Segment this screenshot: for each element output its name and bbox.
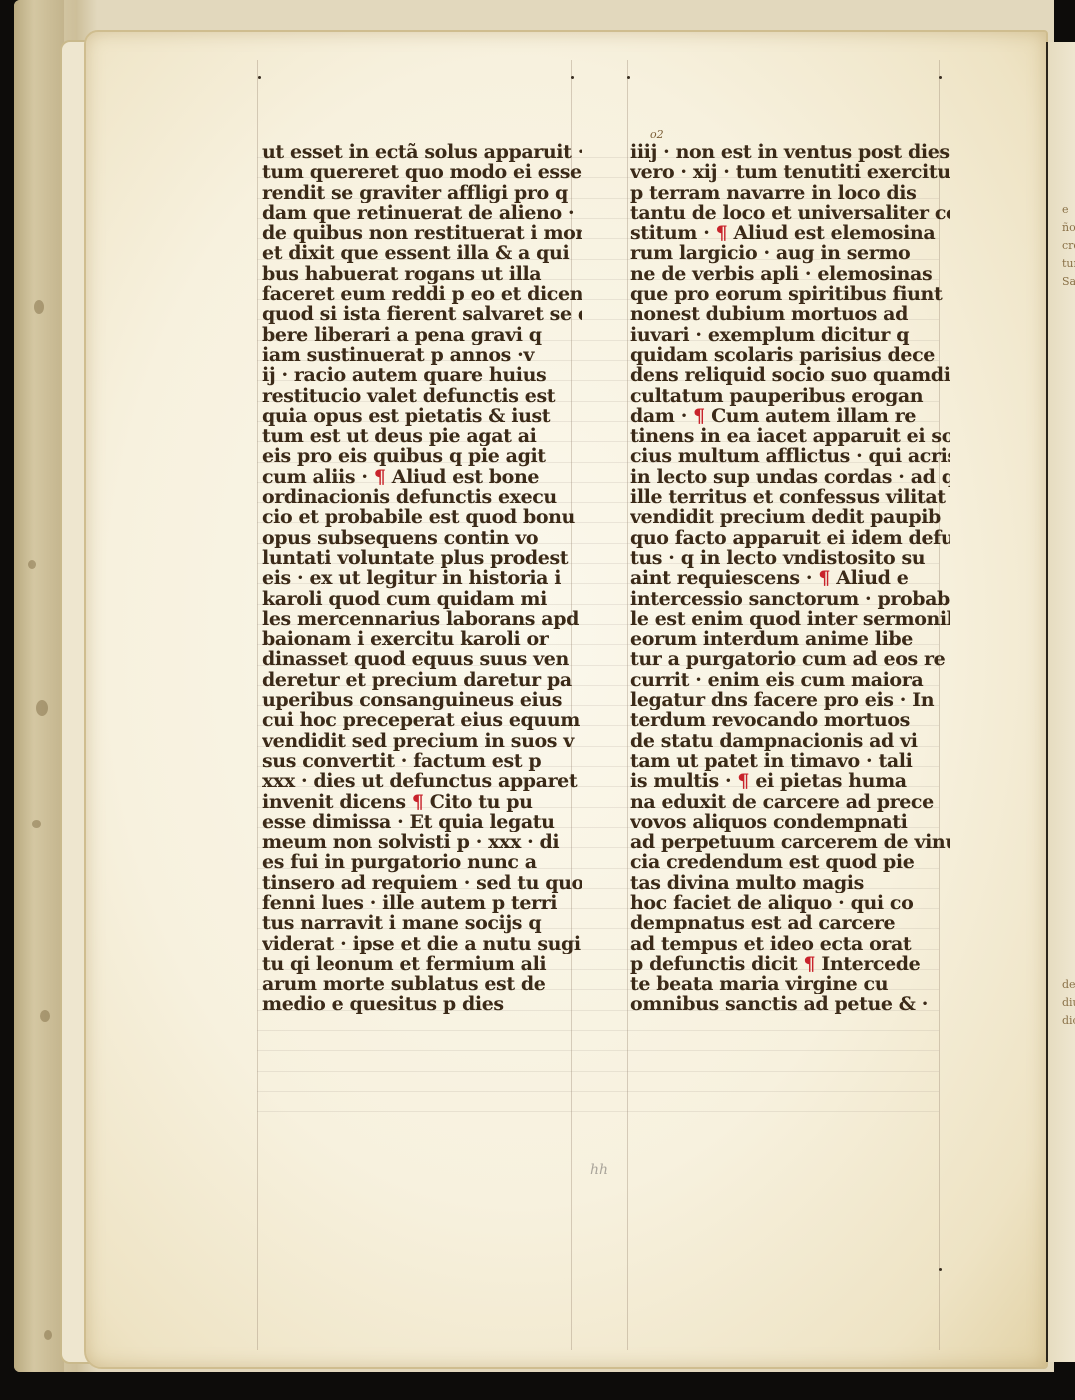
text-line: eis pro eis quibus q pie agit — [262, 446, 582, 466]
facing-page-text-fragment: crq — [1062, 238, 1075, 253]
text-line: ij · racio autem quare huius — [262, 365, 582, 385]
text-line: invenit dicens ¶ Cito tu pu — [262, 792, 582, 812]
text-line: terdum revocando mortuos — [630, 710, 950, 730]
text-line: p terram navarre in loco dis — [630, 183, 950, 203]
text-line: tum est ut deus pie agat ai — [262, 426, 582, 446]
text-line: esse dimissa · Et quia legatu — [262, 812, 582, 832]
text-line: vendidit sed precium in suos v — [262, 731, 582, 751]
text-line: quidam scolaris parisius dece — [630, 345, 950, 365]
text-line: tum quereret quo modo ei esset — [262, 162, 582, 182]
text-line: tantu de loco et universaliter co — [630, 203, 950, 223]
pencil-annotation: hh — [590, 1162, 608, 1178]
text-line: quo facto apparuit ei idem defunc — [630, 528, 950, 548]
text-line: meum non solvisti p · xxx · di — [262, 832, 582, 852]
text-line: luntati voluntate plus prodest — [262, 548, 582, 568]
folio-number: o2 — [650, 128, 664, 141]
text-line: iiij · non est in ventus post dies — [630, 142, 950, 162]
text-line: es fui in purgatorio nunc a — [262, 852, 582, 872]
text-line: in lecto sup undas cordas · ad q — [630, 467, 950, 487]
rubric-paragraph-mark: ¶ — [818, 568, 830, 588]
text-line: faceret eum reddi p eo et dicens — [262, 284, 582, 304]
text-line: omnibus sanctis ad petue & · — [630, 994, 950, 1014]
rubric-paragraph-mark: ¶ — [737, 771, 749, 791]
text-line: ne de verbis apli · elemosinas — [630, 264, 950, 284]
rubric-paragraph-mark: ¶ — [803, 954, 815, 974]
text-line: quod si ista fierent salvaret se de — [262, 304, 582, 324]
rubric-paragraph-mark: ¶ — [374, 467, 386, 487]
text-line: tur a purgatorio cum ad eos re — [630, 649, 950, 669]
text-line: intercessio sanctorum · probabi — [630, 589, 950, 609]
rubric-paragraph-mark: ¶ — [412, 792, 424, 812]
text-line: vero · xij · tum tenutiti exercitu — [630, 162, 950, 182]
text-line: cum aliis · ¶ Aliud est bone — [262, 467, 582, 487]
text-line: tus narravit i mane socijs q — [262, 913, 582, 933]
pricking-mark — [939, 1268, 942, 1271]
text-line: viderat · ipse et die a nutu sugi — [262, 934, 582, 954]
text-line: tinens in ea iacet apparuit ei so — [630, 426, 950, 446]
text-line: cio et probabile est quod bonu — [262, 507, 582, 527]
text-line: dens reliquid socio suo quamdiu — [630, 365, 950, 385]
text-line: de statu dampnacionis ad vi — [630, 731, 950, 751]
text-line: quia opus est pietatis & iust — [262, 406, 582, 426]
ruling-line — [257, 1091, 939, 1092]
text-line: is multis · ¶ ei pietas huma — [630, 771, 950, 791]
text-line: de quibus non restituerat i morte · — [262, 223, 582, 243]
text-line: eorum interdum anime libe — [630, 629, 950, 649]
text-line: te beata maria virgine cu — [630, 974, 950, 994]
ruling-line — [257, 1050, 939, 1051]
text-line: que pro eorum spiritibus fiunt — [630, 284, 950, 304]
ruling-line — [257, 1071, 939, 1072]
ruling-line — [257, 1111, 939, 1112]
text-line: cia credendum est quod pie — [630, 852, 950, 872]
facing-page-text-fragment: tur — [1062, 256, 1075, 271]
pricking-mark — [258, 76, 261, 79]
facing-page-text-fragment: e — [1062, 202, 1069, 217]
text-line: arum morte sublatus est de — [262, 974, 582, 994]
pricking-mark — [571, 76, 574, 79]
text-line: aint requiescens · ¶ Aliud e — [630, 568, 950, 588]
text-line: vendidit precium dedit paupib — [630, 507, 950, 527]
left-text-column: ut esset in ectã solus apparuit · Ettum … — [262, 142, 582, 1015]
text-line: eis · ex ut legitur in historia i — [262, 568, 582, 588]
text-line: iuvari · exemplum dicitur q — [630, 325, 950, 345]
text-line: deretur et precium daretur pa — [262, 670, 582, 690]
text-line: ut esset in ectã solus apparuit · Et — [262, 142, 582, 162]
text-line: p defunctis dicit ¶ Intercede — [630, 954, 950, 974]
text-line: iam sustinuerat p annos ·v — [262, 345, 582, 365]
text-line: currit · enim eis cum maiora — [630, 670, 950, 690]
text-line: stitum · ¶ Aliud est elemosina — [630, 223, 950, 243]
text-line: bus habuerat rogans ut illa — [262, 264, 582, 284]
rubric-paragraph-mark: ¶ — [693, 406, 705, 426]
text-line: le est enim quod inter sermonibus — [630, 609, 950, 629]
pricking-mark — [627, 76, 630, 79]
text-line: cius multum afflictus · qui acris — [630, 446, 950, 466]
text-line: sus convertit · factum est p — [262, 751, 582, 771]
text-line: hoc faciet de aliquo · qui co — [630, 893, 950, 913]
text-line: dam que retinuerat de alieno · — [262, 203, 582, 223]
text-line: dam · ¶ Cum autem illam re — [630, 406, 950, 426]
facing-page-text-fragment: dict — [1062, 1013, 1075, 1028]
facing-page-text-fragment: diu — [1062, 995, 1075, 1010]
text-line: ille territus et confessus vilitat — [630, 487, 950, 507]
text-line: dinasset quod equus suus ven — [262, 649, 582, 669]
text-line: opus subsequens contin vo — [262, 528, 582, 548]
text-line: tus · q in lecto vndistosito su — [630, 548, 950, 568]
facing-page-text-fragment: derti — [1062, 977, 1075, 992]
text-line: tas divina multo magis — [630, 873, 950, 893]
text-line: dempnatus est ad carcere — [630, 913, 950, 933]
text-line: fenni lues · ille autem p terri — [262, 893, 582, 913]
text-line: uperibus consanguineus eius — [262, 690, 582, 710]
rubric-paragraph-mark: ¶ — [716, 223, 728, 243]
text-line: legatur dns facere pro eis · In — [630, 690, 950, 710]
text-line: restitucio valet defunctis est — [262, 386, 582, 406]
text-line: rendit se graviter affligi pro q — [262, 183, 582, 203]
facing-page-text-fragment: ño — [1062, 220, 1075, 235]
text-line: rum largicio · aug in sermo — [630, 243, 950, 263]
binding-spine-edge — [14, 0, 64, 1372]
text-line: xxx · dies ut defunctus apparet — [262, 771, 582, 791]
text-line: medio e quesitus p dies — [262, 994, 582, 1014]
right-text-column: iiij · non est in ventus post diesvero ·… — [630, 142, 950, 1015]
text-line: cultatum pauperibus erogan — [630, 386, 950, 406]
facing-page-text-fragment: Sat — [1062, 274, 1075, 289]
text-line: ad tempus et ideo ecta orat — [630, 934, 950, 954]
pricking-mark — [939, 76, 942, 79]
text-line: cui hoc preceperat eius equum — [262, 710, 582, 730]
text-line: les mercennarius laborans apd — [262, 609, 582, 629]
text-line: na eduxit de carcere ad prece — [630, 792, 950, 812]
text-line: vovos aliquos condempnati — [630, 812, 950, 832]
text-line: nonest dubium mortuos ad — [630, 304, 950, 324]
text-line: tinsero ad requiem · sed tu quod — [262, 873, 582, 893]
text-line: bere liberari a pena gravi q — [262, 325, 582, 345]
text-line: tam ut patet in timavo · tali — [630, 751, 950, 771]
text-line: ad perpetuum carcerem de vinu — [630, 832, 950, 852]
text-line: karoli quod cum quidam mi — [262, 589, 582, 609]
facing-page-edge: eñocrqturSat dertidiudict — [1046, 42, 1075, 1362]
text-line: baionam i exercitu karoli or — [262, 629, 582, 649]
text-line: ordinacionis defunctis execu — [262, 487, 582, 507]
ruling-line — [257, 1030, 939, 1031]
text-line: tu qi leonum et fermium ali — [262, 954, 582, 974]
text-line: et dixit que essent illa & a qui — [262, 243, 582, 263]
